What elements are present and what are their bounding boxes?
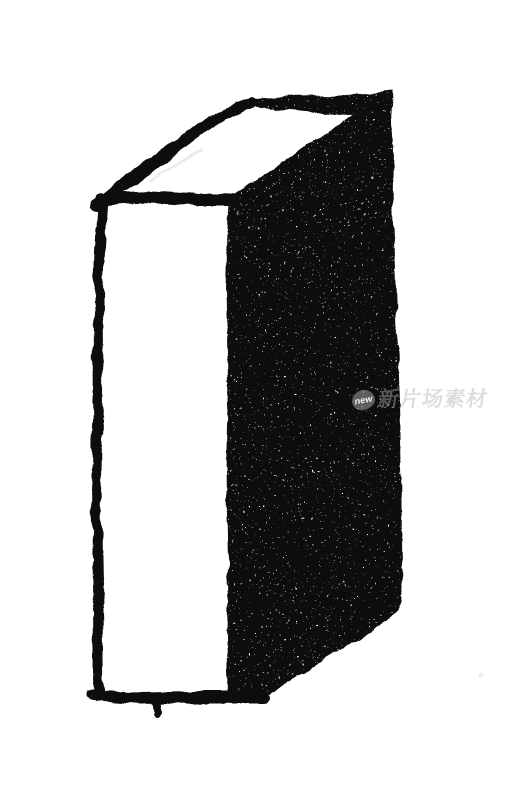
stock-image-canvas: new 新片场素材 (0, 0, 510, 800)
spine-bottom-edge-stroke (93, 695, 262, 699)
new-badge-label: new (354, 393, 374, 406)
watermark: new 新片场素材 (352, 386, 488, 413)
spine-top-edge-stroke (101, 197, 233, 200)
spine-bottom-tick-stroke (156, 701, 158, 712)
spine-left-edge-stroke (97, 205, 102, 693)
new-badge: new (350, 388, 376, 412)
paper-speck (479, 673, 484, 678)
watermark-text: 新片场素材 (377, 389, 490, 410)
book-spine (101, 200, 232, 698)
